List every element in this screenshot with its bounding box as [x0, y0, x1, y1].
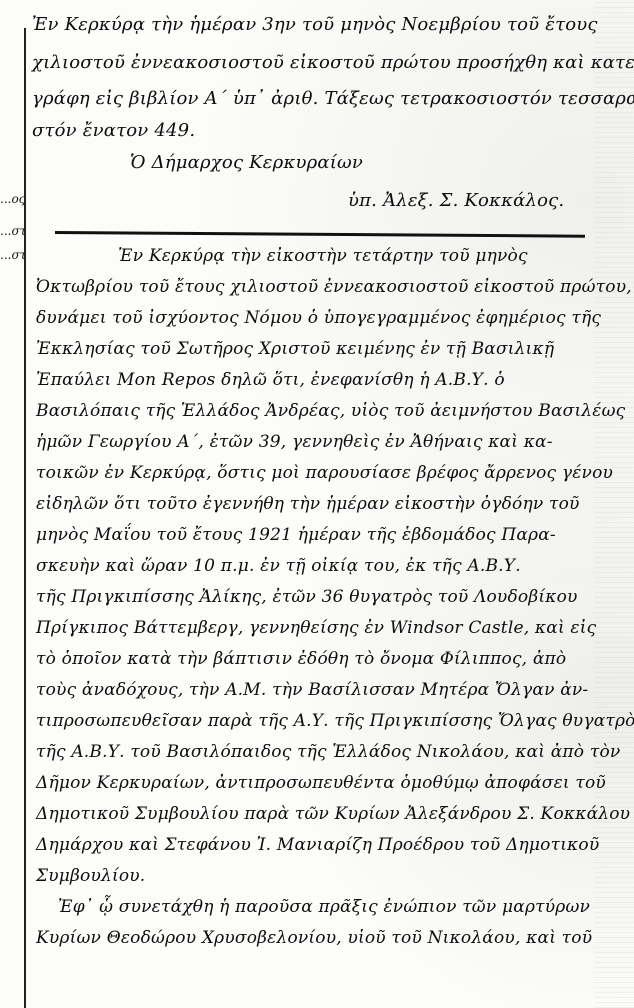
entry-line: Ἐπαύλει Mon Repos δηλῶ ὅτι, ἐνεφανίσθη ἡ…	[36, 370, 505, 390]
entry-line: τοὺς ἀναδόχους, τὴν Α.Μ. τὴν Βασίλισσαν …	[36, 680, 588, 700]
entry-line: σκευὴν καὶ ὥραν 10 π.μ. ἐν τῇ οἰκίᾳ του,…	[36, 556, 521, 576]
entry-line: Βασιλόπαις τῆς Ἑλλάδος Ἀνδρέας, υἱὸς τοῦ…	[36, 401, 625, 421]
margin-note: ...ος	[0, 188, 24, 210]
margin-note: ...στός	[0, 244, 24, 266]
scanned-document-page: ...ος ...στὸλ ...στός Ἐν Κερκύρᾳ τὴν ἡμέ…	[0, 0, 634, 1008]
entry-line: εἰδηλῶν ὅτι τοῦτο ἐγεννήθη τὴν ἡμέραν εἰ…	[36, 494, 580, 514]
entry-line: τοικῶν ἐν Κερκύρᾳ, ὅστις μοὶ παρουσίασε …	[36, 463, 613, 483]
entry-line: Δῆμον Κερκυραίων, ἀντιπροσωπευθέντα ὁμοθ…	[36, 773, 606, 793]
entry-line: Ἐφ᾽ ᾧ συνετάχθη ἡ παροῦσα πρᾶξις ἐνώπιον…	[58, 897, 590, 917]
entry-line: χιλιοστοῦ ἐννεακοσιοστοῦ εἰκοστοῦ πρώτου…	[32, 52, 634, 73]
margin-note: ...στὸλ	[0, 220, 24, 242]
entry-line: Πρίγκιπος Βάττεμβεργ, γεννηθείσης ἐν Win…	[36, 618, 596, 638]
left-margin-rule	[24, 28, 26, 1008]
entry-line: μηνὸς Μαΐου τοῦ ἔτους 1921 ἡμέραν τῆς ἑβ…	[36, 525, 556, 545]
entry-line: τῆς Πριγκιπίσσης Ἀλίκης, ἐτῶν 36 θυγατρὸ…	[36, 587, 578, 607]
entry-separator-line	[55, 231, 585, 238]
entry-line: Ἐν Κερκύρᾳ τὴν ἡμέραν 3ην τοῦ μηνὸς Νοεμ…	[32, 14, 598, 35]
entry-line: δυνάμει τοῦ ἰσχύοντος Νόμου ὁ ὑπογεγραμμ…	[36, 308, 601, 328]
entry-line: Ἐκκλησίας τοῦ Σωτῆρος Χριστοῦ κειμένης ἐ…	[36, 339, 554, 359]
entry-line: στόν ἔνατον 449.	[32, 120, 195, 141]
scan-edge-noise	[594, 0, 634, 1008]
entry-line: τῆς Α.Β.Υ. τοῦ Βασιλόπαιδος τῆς Ἑλλάδος …	[36, 742, 620, 762]
signature-name: ὑπ. Ἀλεξ. Σ. Κοκκάλος.	[348, 190, 564, 211]
entry-line: Ἐν Κερκύρᾳ τὴν εἰκοστὴν τετάρτην τοῦ μην…	[118, 246, 528, 266]
entry-line: Δημάρχου καὶ Στεφάνου Ἰ. Μανιαρίζη Προέδ…	[36, 835, 599, 855]
entry-line: Συμβουλίου.	[36, 866, 145, 886]
entry-line: τιπροσωπευθεῖσαν παρὰ τῆς Α.Υ. τῆς Πριγκ…	[36, 711, 634, 731]
entry-line: Ὀκτωβρίου τοῦ ἔτους χιλιοστοῦ ἐννεακοσιο…	[36, 277, 632, 297]
signature-title: Ὁ Δήμαρχος Κερκυραίων	[130, 152, 363, 173]
entry-line: Κυρίων Θεοδώρου Χρυσοβελονίου, υἱοῦ τοῦ …	[36, 928, 592, 948]
entry-line: γράφη εἰς βιβλίον Α΄ ὑπ᾽ ἀριθ. Τάξεως τε…	[32, 88, 634, 109]
entry-line: τὸ ὁποῖον κατὰ τὴν βάπτισιν ἐδόθη τὸ ὄνο…	[36, 649, 566, 669]
entry-line: ἡμῶν Γεωργίου Α΄, ἐτῶν 39, γεννηθεὶς ἐν …	[36, 432, 553, 452]
entry-line: Δημοτικοῦ Συμβουλίου παρὰ τῶν Κυρίων Ἀλε…	[36, 804, 630, 824]
